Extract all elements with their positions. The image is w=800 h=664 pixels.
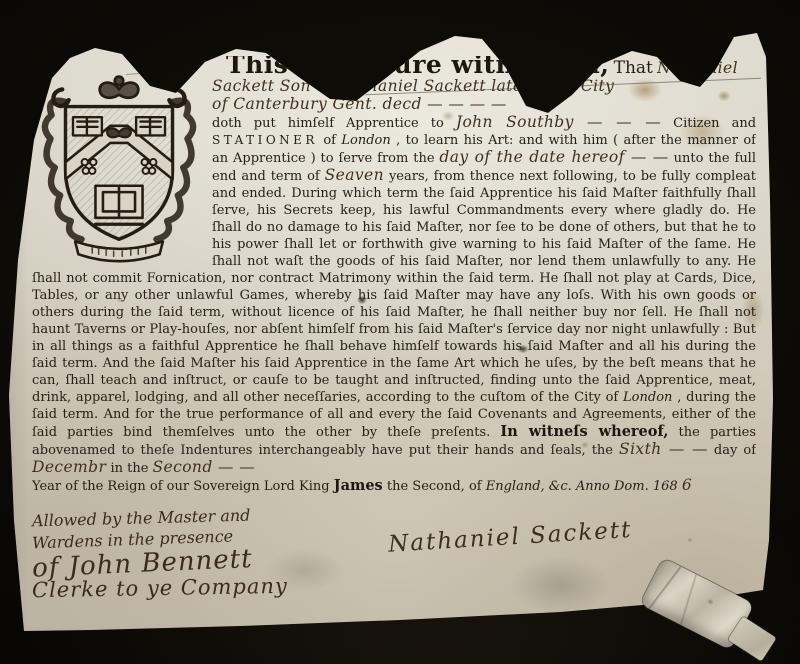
printed-text: That xyxy=(614,58,653,78)
closing-attestation: Allowed by the Master andWardens in the … xyxy=(32,508,288,600)
handwritten-text: John Southby — — — xyxy=(456,113,661,131)
handwritten-text: 6 xyxy=(682,476,692,494)
printed-text: Anno Dom. 168 xyxy=(576,479,678,494)
printed-text: in the xyxy=(110,461,148,476)
handwritten-text: of Canterbury Gent. decd — — — — xyxy=(212,95,507,113)
photo-backdrop: 43 xyxy=(0,0,800,664)
archival-number: 43 xyxy=(361,32,385,53)
printed-text: day of xyxy=(714,443,756,458)
stationers-arms-woodcut xyxy=(36,68,202,266)
printed-text: Citizen and xyxy=(673,116,756,131)
printed-text: James xyxy=(334,477,383,494)
document-content: This Indenture witneſſeth, That Nathanie… xyxy=(32,56,756,512)
printed-text: This Indenture witneſſeth, xyxy=(226,56,609,79)
printed-text: doth put himſelf Apprentice to xyxy=(212,116,444,131)
printed-text: the Second, of xyxy=(387,479,482,494)
printed-text: England, &c. xyxy=(486,479,572,494)
printed-text: London xyxy=(623,390,672,405)
printed-text: In witneſs whereof, xyxy=(500,423,668,440)
indenture-document: 43 xyxy=(0,0,800,664)
closing-line: Clerke to ye Company xyxy=(32,574,288,602)
coat-of-arms-icon xyxy=(36,68,202,266)
handwritten-text: Seaven xyxy=(325,166,384,184)
handwritten-text: day of the date hereof — — xyxy=(439,148,668,166)
apprentice-signature: Nathaniel Sackett xyxy=(388,512,709,557)
printed-text: STATIONER xyxy=(212,133,318,147)
handwritten-text: Sackett Son of Nathaniel Sackett late of… xyxy=(212,77,614,95)
printed-text: Year of the Reign of our Sovereign Lord … xyxy=(32,479,330,494)
handwritten-text: Sixth — — xyxy=(619,440,708,458)
handwritten-text: Nathaniel xyxy=(657,59,738,77)
printed-text: of xyxy=(323,133,336,148)
handwritten-text: Decembr xyxy=(32,458,106,476)
handwritten-text: Second — — xyxy=(153,458,256,476)
printed-text: London xyxy=(341,133,390,148)
